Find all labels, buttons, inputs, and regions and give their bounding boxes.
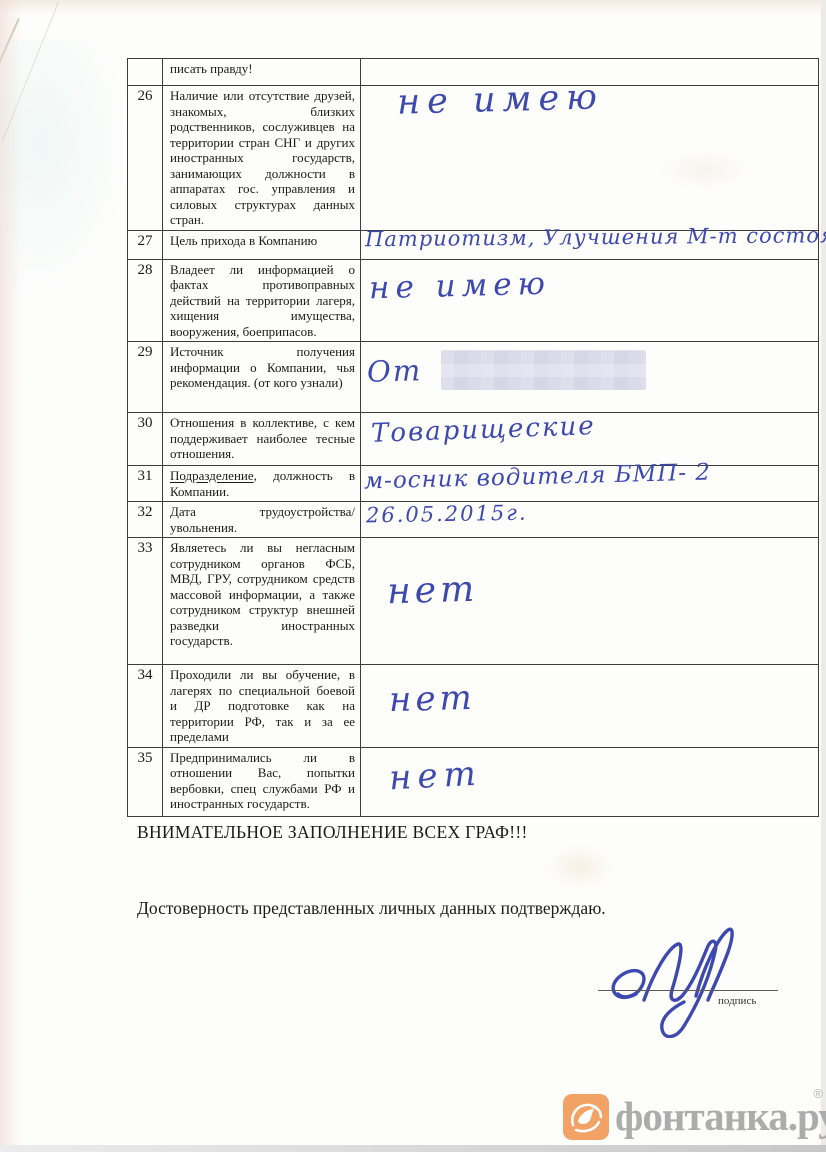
handwritten-answer: Патриотизм, Улучшения М-т состояния: [365, 222, 826, 250]
row-number: 27: [128, 230, 163, 259]
row-number: [128, 59, 163, 86]
question-text: Дата трудоустройства/увольнения.: [163, 502, 361, 538]
handwritten-answer: нет: [388, 678, 476, 720]
question-text: Наличие или отсутствие друзей, знакомых,…: [163, 86, 361, 231]
table-row: 31Подразделение, должность в Компании.м-…: [128, 466, 819, 502]
table-row: 30Отношения в коллективе, с кем поддержи…: [128, 413, 819, 466]
scan-edge-bottom: [0, 1145, 826, 1152]
handwritten-answer: От: [367, 353, 423, 388]
fontanka-logo-text: фонтанка.ру: [615, 1092, 826, 1140]
answer-cell: не имею: [361, 259, 819, 342]
scanned-document-page: писать правду! 26Наличие или отсутствие …: [0, 0, 826, 1152]
row-number: 34: [128, 665, 163, 748]
table-row: 33Являетесь ли вы негласным сотрудником …: [128, 538, 819, 665]
handwritten-answer: не имею: [369, 265, 552, 306]
answer-cell: нет: [361, 747, 819, 816]
question-text: Отношения в коллективе, с кем поддержива…: [163, 413, 361, 466]
signature-line: [598, 990, 778, 991]
table-row: 28Владеет ли информацией о фактах против…: [128, 259, 819, 342]
question-text: Владеет ли информацией о фактах противоп…: [163, 259, 361, 342]
scan-edge-top: [0, 0, 826, 14]
signature-label: подпись: [718, 995, 756, 1007]
table-row: 32Дата трудоустройства/увольнения.26.05.…: [128, 502, 819, 538]
question-text: Источник получения информации о Компании…: [163, 342, 361, 413]
handwritten-answer: Товарищеские: [371, 411, 597, 449]
signature-scribble: [592, 908, 792, 1038]
redacted-blur: [441, 350, 646, 390]
answer-cell: 26.05.2015г.: [361, 502, 819, 538]
answer-cell: Патриотизм, Улучшения М-т состояния: [361, 230, 819, 259]
table-row: 29Источник получения информации о Компан…: [128, 342, 819, 413]
row-number: 33: [128, 538, 163, 665]
row-number: 29: [128, 342, 163, 413]
handwritten-answer: нет: [386, 569, 478, 612]
handwritten-answer: 26.05.2015г.: [366, 501, 528, 528]
table-row: 26Наличие или отсутствие друзей, знакомы…: [128, 86, 819, 231]
answer-cell: нет: [361, 538, 819, 665]
row-number: 32: [128, 502, 163, 538]
answer-cell: м-осник водителя БМП- 2: [361, 466, 819, 502]
row-number: 26: [128, 86, 163, 231]
answer-cell: От: [361, 342, 819, 413]
fontanka-bird-icon: [563, 1094, 609, 1140]
handwritten-answer: не имею: [397, 77, 605, 122]
handwritten-answer: м-осник водителя БМП- 2: [364, 459, 712, 494]
row-number: 28: [128, 259, 163, 342]
question-text: Подразделение, должность в Компании.: [163, 466, 361, 502]
fontanka-logo: фонтанка.ру ®: [563, 1092, 821, 1142]
table-row: 35Предпринимались ли в отношении Вас, по…: [128, 747, 819, 816]
scan-edge-right: [821, 0, 826, 1152]
answer-cell: Товарищеские: [361, 413, 819, 466]
form-table-body: писать правду! 26Наличие или отсутствие …: [128, 59, 819, 817]
fill-all-fields-notice: ВНИМАТЕЛЬНОЕ ЗАПОЛНЕНИЕ ВСЕХ ГРАФ!!!: [137, 822, 528, 843]
row-number: 30: [128, 413, 163, 466]
row-number: 31: [128, 466, 163, 502]
paper-smudge: [545, 845, 615, 890]
confirmation-statement: Достоверность представленных личных данн…: [137, 898, 606, 919]
table-row: 34Проходили ли вы обучение, в лагерях по…: [128, 665, 819, 748]
question-text: Цель прихода в Компанию: [163, 230, 361, 259]
registered-trademark: ®: [813, 1086, 823, 1101]
question-text: Являетесь ли вы негласным сотрудником ор…: [163, 538, 361, 665]
answer-cell: не имею: [361, 86, 819, 231]
row-number: 35: [128, 747, 163, 816]
questionnaire-table: писать правду! 26Наличие или отсутствие …: [127, 58, 819, 817]
table-row: 27Цель прихода в КомпаниюПатриотизм, Улу…: [128, 230, 819, 259]
question-text: Предпринимались ли в отношении Вас, попы…: [163, 747, 361, 816]
answer-cell: нет: [361, 665, 819, 748]
question-text: писать правду!: [163, 59, 361, 86]
question-text: Проходили ли вы обучение, в лагерях по с…: [163, 665, 361, 748]
scan-tint: [0, 40, 130, 300]
handwritten-answer: нет: [388, 753, 483, 798]
